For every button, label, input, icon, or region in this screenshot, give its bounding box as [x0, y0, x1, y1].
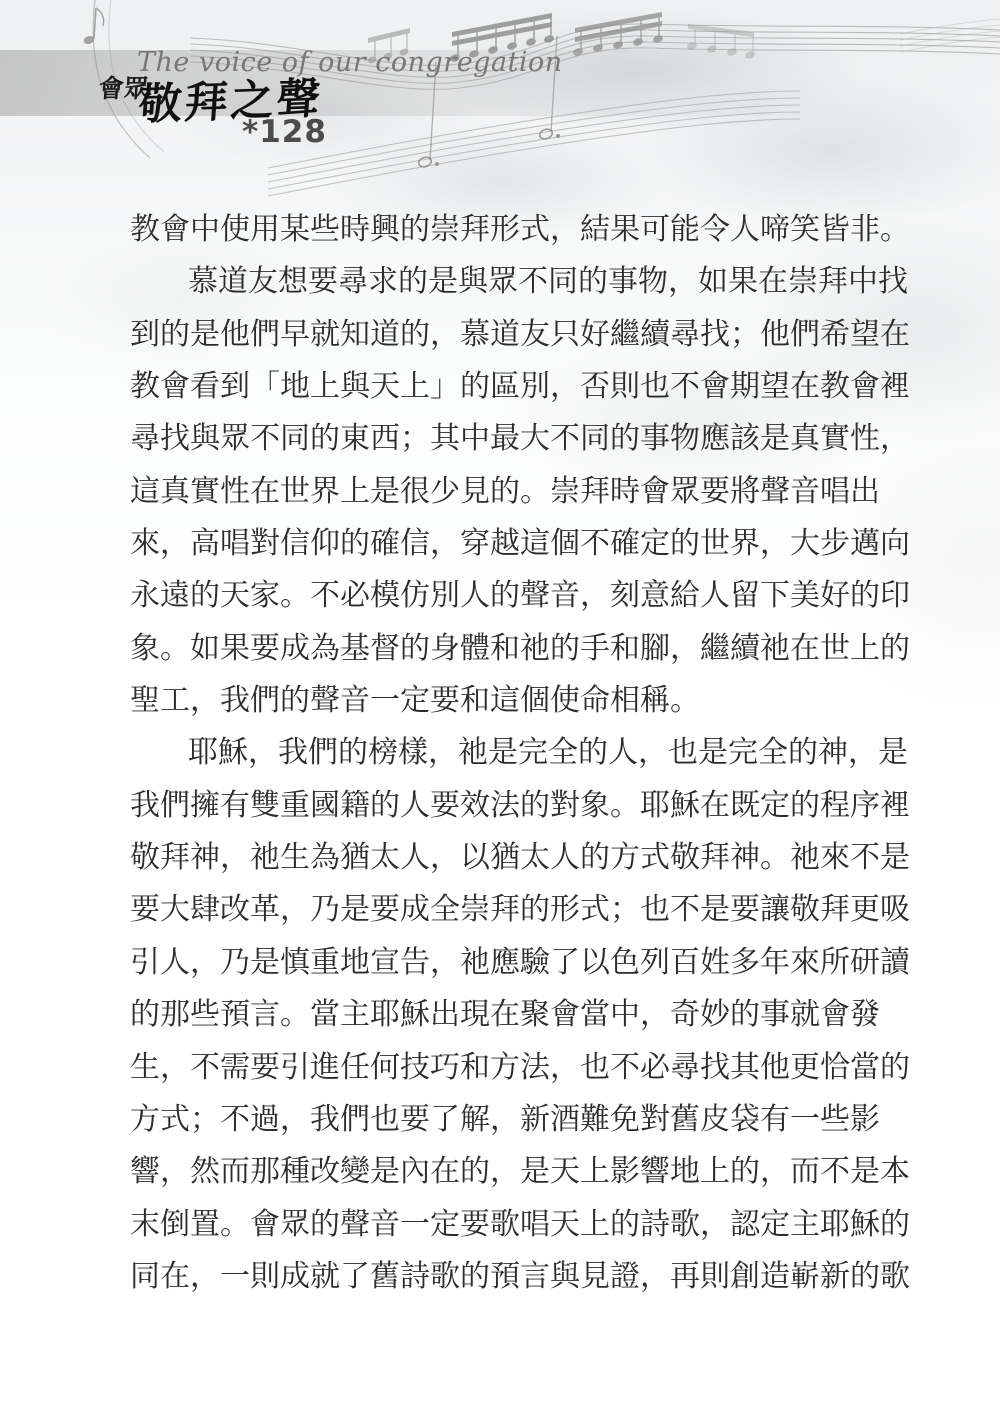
text-line: 末倒置。會眾的聲音一定要歌唱天上的詩歌，認定主耶穌的	[130, 1199, 852, 1251]
text-line: 的那些預言。當主耶穌出現在聚會當中，奇妙的事就會發	[130, 989, 852, 1041]
text-line: 到的是他們早就知道的，慕道友只好繼續尋找；他們希望在	[130, 309, 852, 361]
text-line: 尋找與眾不同的東西；其中最大不同的事物應該是真實性，	[130, 413, 852, 465]
text-line: 耶穌，我們的榜樣，祂是完全的人，也是完全的神，是	[130, 727, 852, 779]
text-line: 永遠的天家。不必模仿別人的聲音，刻意給人留下美好的印	[130, 570, 852, 622]
text-line: 教會看到「地上與天上」的區別，否則也不會期望在教會裡	[130, 361, 852, 413]
eighth-note-icon	[83, 8, 104, 45]
page-number: *128	[242, 114, 327, 150]
text-line: 象。如果要成為基督的身體和祂的手和腳，繼續祂在世上的	[130, 623, 852, 675]
text-line: 同在，一則成就了舊詩歌的預言與見證，再則創造嶄新的歌	[130, 1251, 852, 1303]
page-container: The voice of our congregation 會眾 敬拜之聲 *1…	[0, 0, 1000, 1412]
text-line: 慕道友想要尋求的是與眾不同的事物，如果在崇拜中找	[130, 256, 852, 308]
text-line: 方式；不過，我們也要了解，新酒難免對舊皮袋有一些影	[130, 1094, 852, 1146]
text-line: 我們擁有雙重國籍的人要效法的對象。耶穌在既定的程序裡	[130, 780, 852, 832]
half-note-icon	[417, 128, 560, 169]
text-line: 來，高唱對信仰的確信，穿越這個不確定的世界，大步邁向	[130, 518, 852, 570]
text-line: 生，不需要引進任何技巧和方法，也不必尋找其他更恰當的	[130, 1042, 852, 1094]
text-line: 響，然而那種改變是內在的，是天上影響地上的，而不是本	[130, 1146, 852, 1198]
text-line: 引人，乃是慎重地宣告，祂應驗了以色列百姓多年來所研讀	[130, 937, 852, 989]
text-line: 要大肆改革，乃是要成全崇拜的形式；也不是要讓敬拜更吸	[130, 884, 852, 936]
text-line: 這真實性在世界上是很少見的。崇拜時會眾要將聲音唱出	[130, 466, 852, 518]
right-staff-lines	[900, 19, 1000, 52]
body-text: 教會中使用某些時興的崇拜形式，結果可能令人啼笑皆非。 慕道友想要尋求的是與眾不同…	[130, 204, 852, 1303]
text-line: 敬拜神，祂生為猶太人，以猶太人的方式敬拜神。祂來不是	[130, 832, 852, 884]
text-line: 教會中使用某些時興的崇拜形式，結果可能令人啼笑皆非。	[130, 204, 852, 256]
text-line: 聖工，我們的聲音一定要和這個使命相稱。	[130, 675, 852, 727]
